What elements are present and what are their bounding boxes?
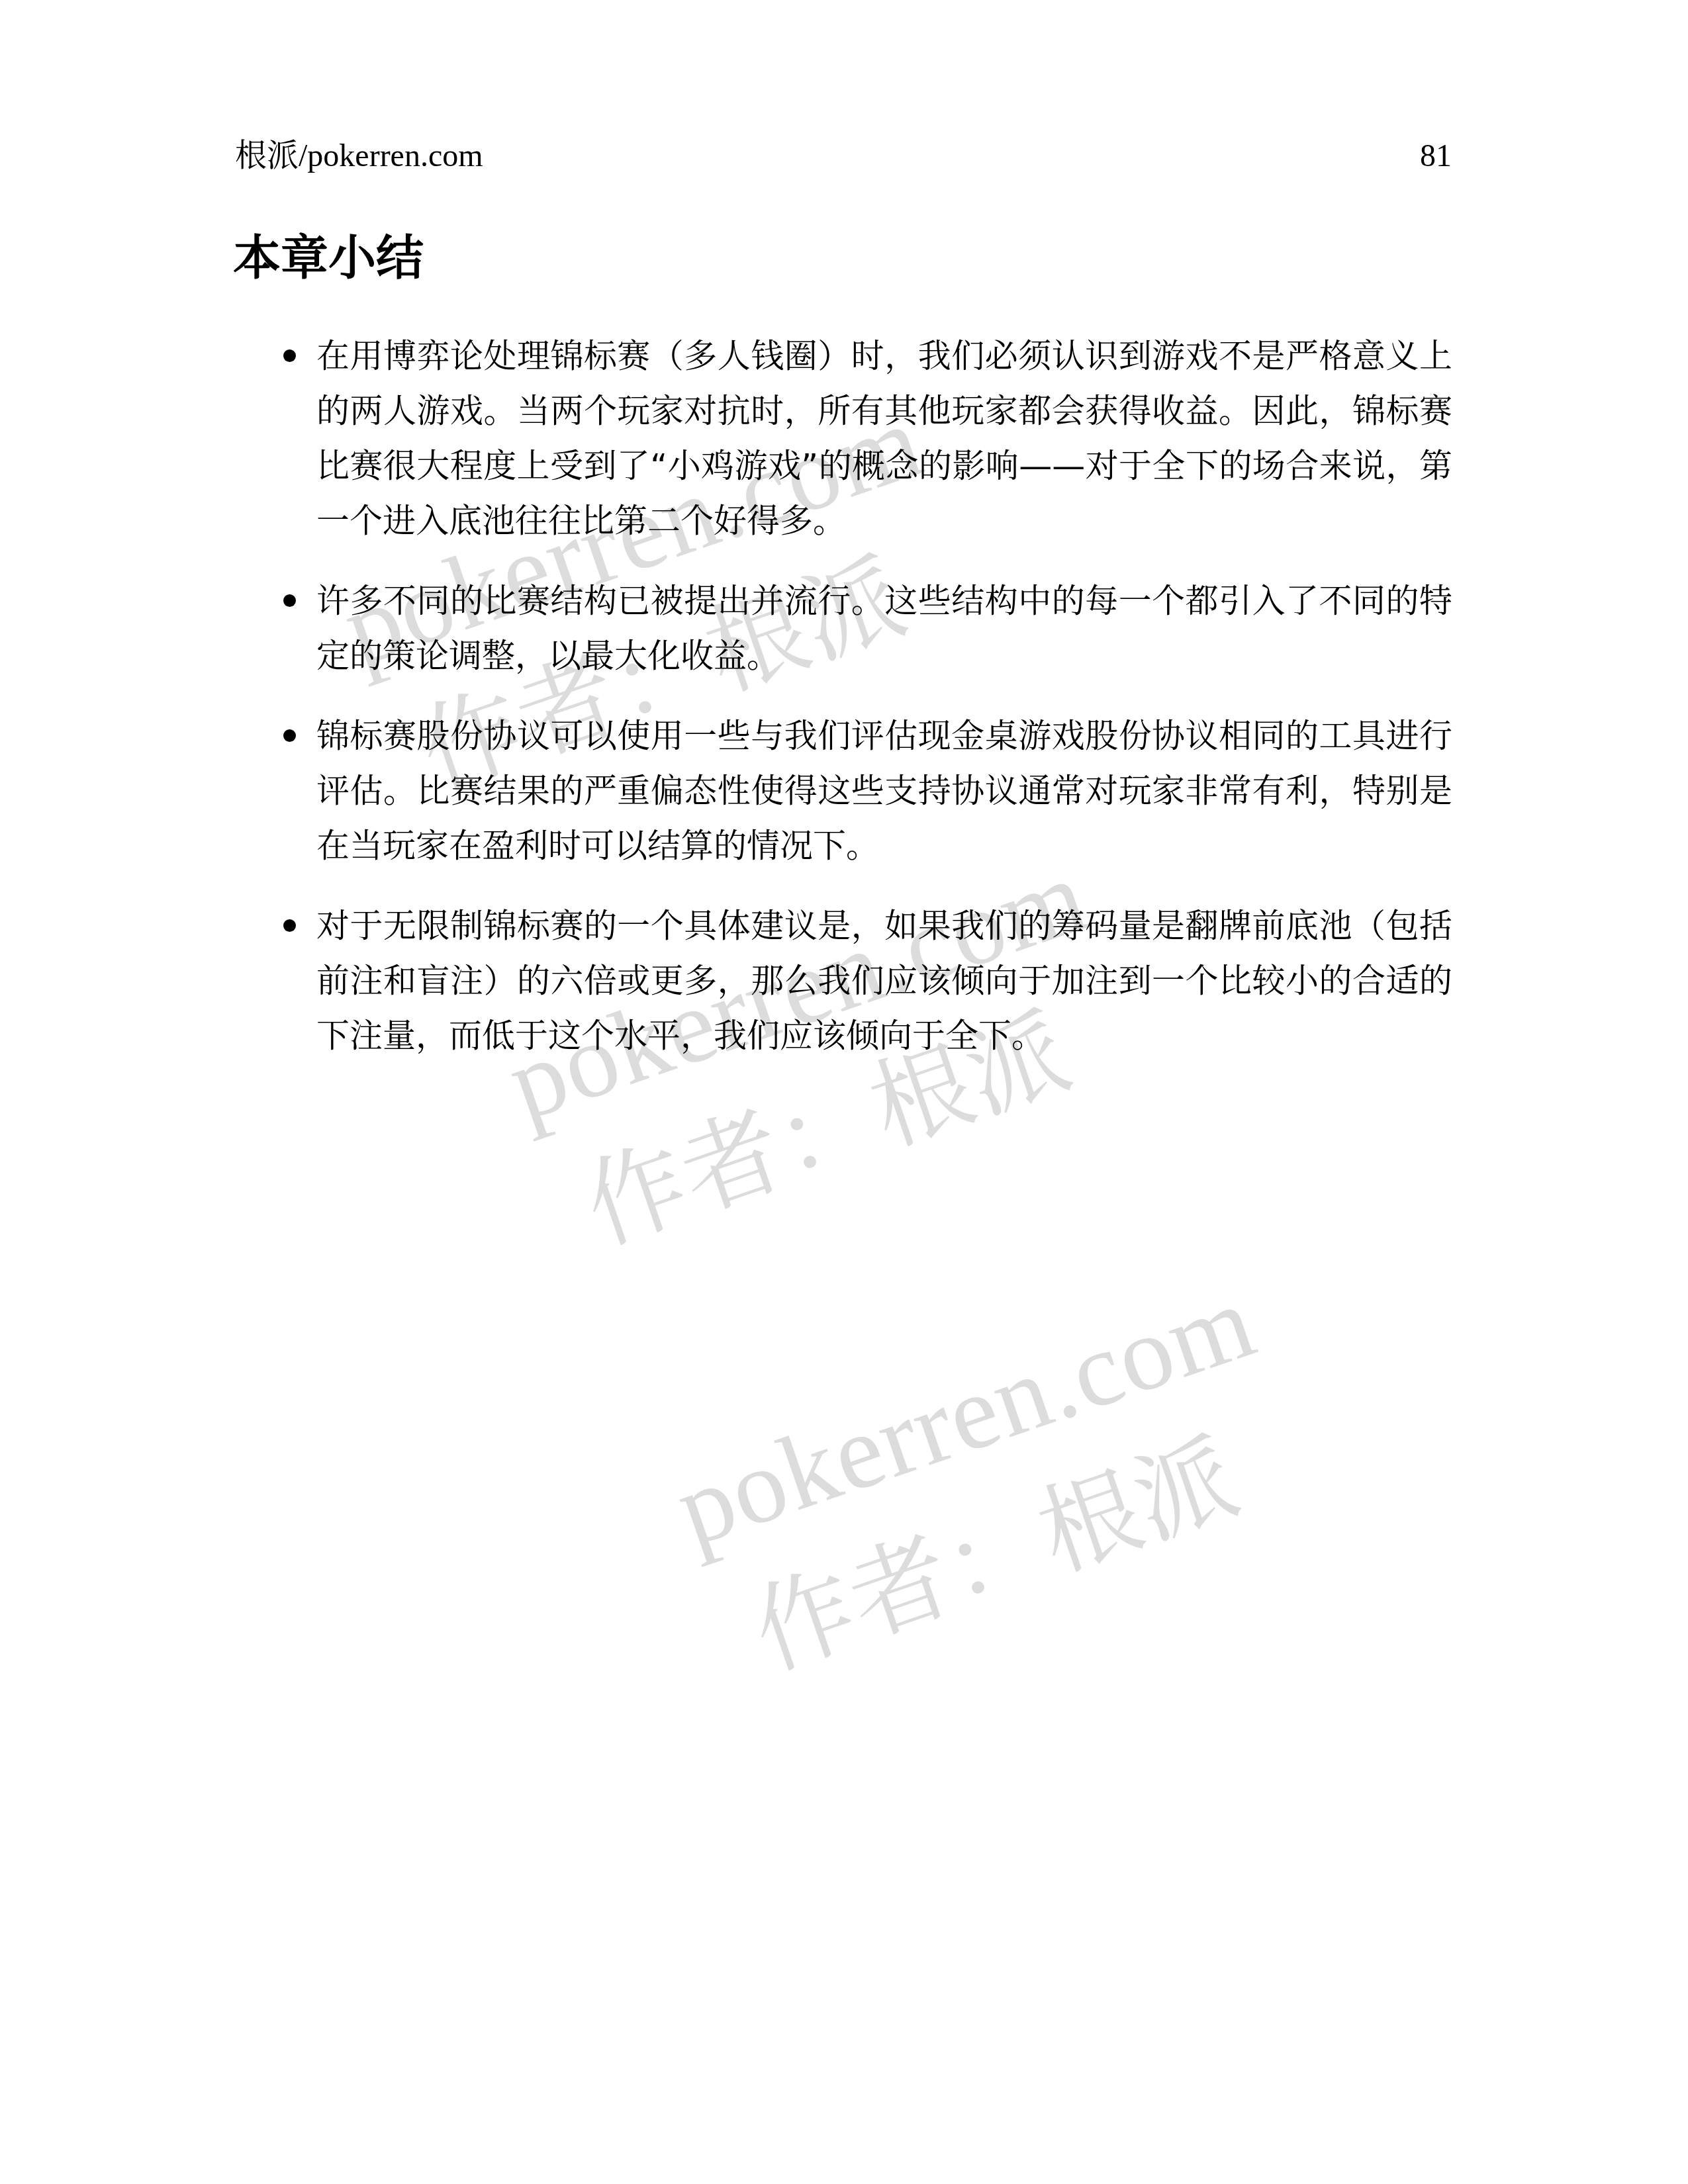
running-title: 根派/pokerren.com — [235, 136, 483, 176]
bullet-icon — [283, 729, 296, 742]
watermark-site-text: pokerren.com — [664, 1267, 1267, 1563]
bullet-icon — [283, 349, 296, 362]
document-page: pokerren.com 作者：根派 pokerren.com 作者：根派 po… — [0, 0, 1688, 2184]
page-number: 81 — [1420, 136, 1452, 176]
list-item: 锦标赛股份协议可以使用一些与我们评估现金桌游戏股份协议相同的工具进行评估。比赛结… — [316, 709, 1452, 874]
list-item-text: 许多不同的比赛结构已被提出并流行。这些结构中的每一个都引入了不同的特定的策论调整… — [316, 574, 1452, 684]
list-item-text: 锦标赛股份协议可以使用一些与我们评估现金桌游戏股份协议相同的工具进行评估。比赛结… — [316, 709, 1452, 874]
running-header: 根派/pokerren.com 81 — [235, 136, 1452, 176]
list-item-text: 对于无限制锦标赛的一个具体建议是，如果我们的筹码量是翻牌前底池（包括前注和盲注）… — [316, 899, 1452, 1064]
section-title: 本章小结 — [233, 228, 424, 287]
list-item-text: 在用博弈论处理锦标赛（多人钱圈）时，我们必须认识到游戏不是严格意义上的两人游戏。… — [316, 329, 1452, 549]
watermark-author-text: 作者：根派 — [742, 1427, 1250, 1684]
bullet-icon — [283, 919, 296, 932]
summary-list: 在用博弈论处理锦标赛（多人钱圈）时，我们必须认识到游戏不是严格意义上的两人游戏。… — [316, 329, 1452, 1089]
list-item: 在用博弈论处理锦标赛（多人钱圈）时，我们必须认识到游戏不是严格意义上的两人游戏。… — [316, 329, 1452, 549]
bullet-icon — [283, 594, 296, 607]
list-item: 许多不同的比赛结构已被提出并流行。这些结构中的每一个都引入了不同的特定的策论调整… — [316, 574, 1452, 684]
list-item: 对于无限制锦标赛的一个具体建议是，如果我们的筹码量是翻牌前底池（包括前注和盲注）… — [316, 899, 1452, 1064]
